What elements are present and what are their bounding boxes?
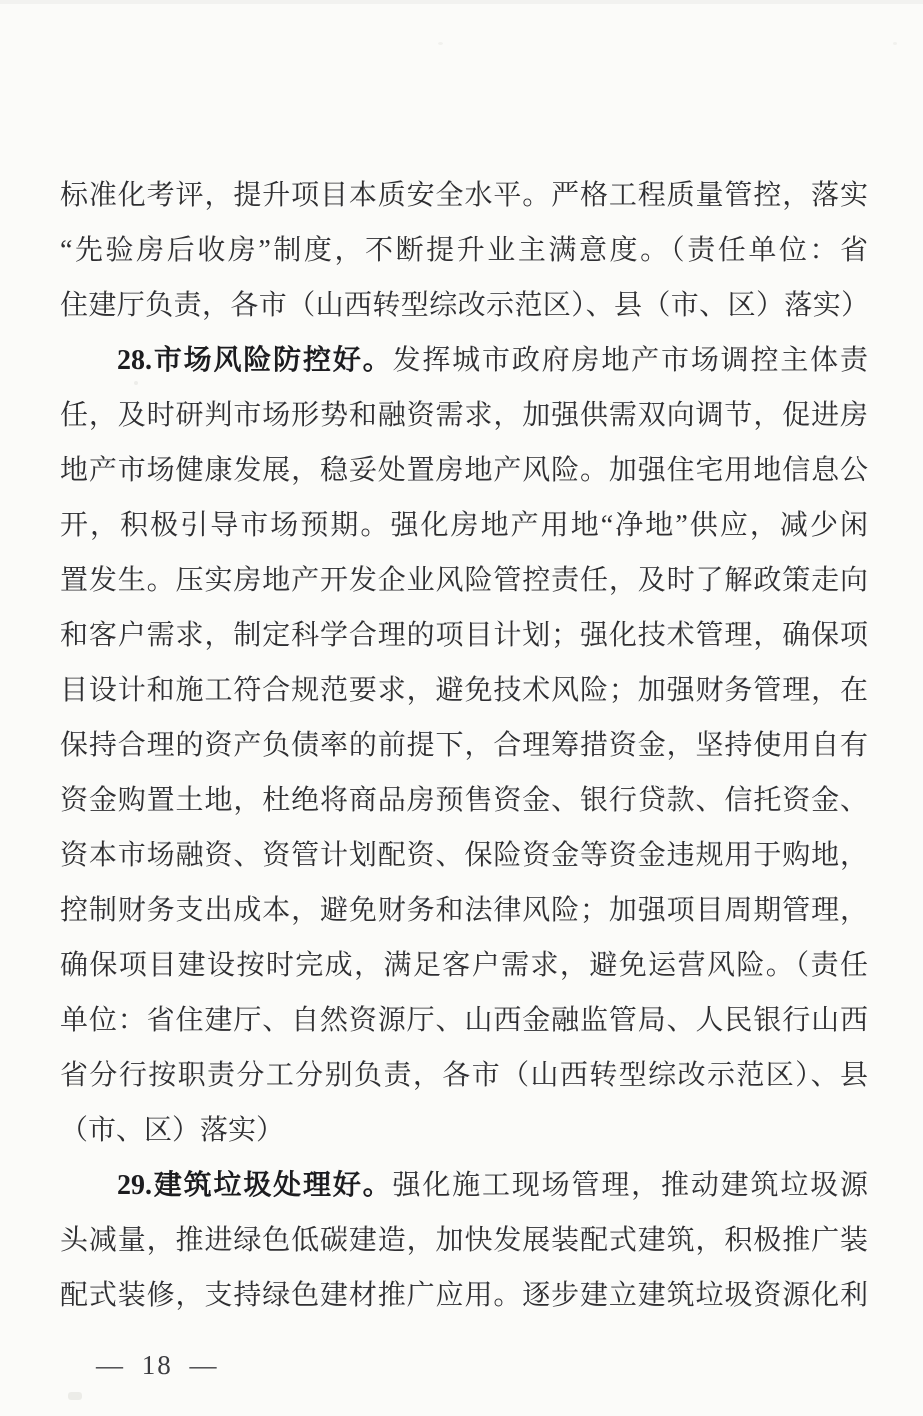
text-line-continuation-2: “先验房后收房”制度，不断提升业主满意度。（责任单位：省	[60, 223, 868, 278]
item-28-first-line: 28.市场风险防控好。发挥城市政府房地产市场调控主体责	[60, 333, 868, 388]
item-29-heading: 29.建筑垃圾处理好。	[117, 1170, 393, 1201]
scan-speck	[893, 42, 897, 45]
text-line-continuation-3: 住建厅负责，各市（山西转型综改示范区）、县（市、区）落实）	[60, 278, 868, 333]
item-28-line: 单位：省住建厅、自然资源厅、山西金融监管局、人民银行山西	[60, 993, 868, 1048]
item-28-heading: 28.市场风险防控好。	[117, 345, 393, 376]
item-28-line: 省分行按职责分工分别负责，各市（山西转型综改示范区）、县	[60, 1048, 868, 1103]
item-28-line: 目设计和施工符合规范要求，避免技术风险；加强财务管理，在	[60, 663, 868, 718]
document-page: 标准化考评，提升项目本质安全水平。严格工程质量管控，落实 “先验房后收房”制度，…	[0, 0, 923, 1416]
item-28-last-line: （市、区）落实）	[60, 1103, 868, 1158]
item-29-first-line: 29.建筑垃圾处理好。强化施工现场管理，推动建筑垃圾源	[60, 1158, 868, 1213]
item-28-line: 地产市场健康发展，稳妥处置房地产风险。加强住宅用地信息公	[60, 443, 868, 498]
document-body: 标准化考评，提升项目本质安全水平。严格工程质量管控，落实 “先验房后收房”制度，…	[60, 168, 868, 1323]
item-28-line: 确保项目建设按时完成，满足客户需求，避免运营风险。（责任	[60, 938, 868, 993]
item-28-line: 任，及时研判市场形势和融资需求，加强供需双向调节，促进房	[60, 388, 868, 443]
item-28-line: 资金购置土地，杜绝将商品房预售资金、银行贷款、信托资金、	[60, 773, 868, 828]
item-28-lead-text: 发挥城市政府房地产市场调控主体责	[393, 345, 868, 376]
item-28-line: 开，积极引导市场预期。强化房地产用地“净地”供应，减少闲	[60, 498, 868, 553]
scan-edge-artifact	[0, 0, 923, 4]
item-28-line: 置发生。压实房地产开发企业风险管控责任，及时了解政策走向	[60, 553, 868, 608]
item-28-line: 和客户需求，制定科学合理的项目计划；强化技术管理，确保项	[60, 608, 868, 663]
item-29-line: 配式装修，支持绿色建材推广应用。逐步建立建筑垃圾资源化利	[60, 1268, 868, 1323]
page-number: — 18 —	[96, 1347, 219, 1383]
item-29-lead-text: 强化施工现场管理，推动建筑垃圾源	[393, 1170, 868, 1201]
item-28-line: 保持合理的资产负债率的前提下，合理筹措资金，坚持使用自有	[60, 718, 868, 773]
text-line-continuation-1: 标准化考评，提升项目本质安全水平。严格工程质量管控，落实	[60, 168, 868, 223]
item-29-line: 头减量，推进绿色低碳建造，加快发展装配式建筑，积极推广装	[60, 1213, 868, 1268]
scan-speck	[438, 42, 443, 45]
item-28-line: 控制财务支出成本，避免财务和法律风险；加强项目周期管理，	[60, 883, 868, 938]
scan-speck	[68, 1392, 82, 1400]
item-28-line: 资本市场融资、资管计划配资、保险资金等资金违规用于购地，	[60, 828, 868, 883]
